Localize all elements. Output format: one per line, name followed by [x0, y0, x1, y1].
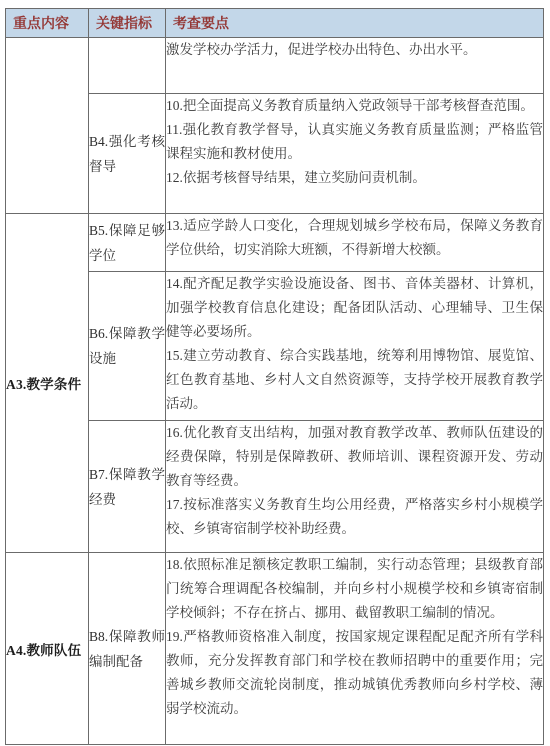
indicator-cell-b6: B6.保障教学设施 [89, 272, 166, 421]
assessment-table: 重点内容 关键指标 考查要点 激发学校办学活力，促进学校办出特色、办出水平。 B… [5, 8, 544, 745]
header-key-indicator: 关键指标 [89, 9, 166, 38]
header-examination-points: 考查要点 [166, 9, 544, 38]
header-key-content: 重点内容 [6, 9, 89, 38]
point-item: 19.严格教师资格准入制度，按国家规定课程配足配齐所有学科教师，充分发挥教育部门… [166, 625, 543, 721]
section-cell-empty [6, 38, 89, 214]
points-cell-b4: 10.把全面提高义务教育质量纳入党政领导干部考核督查范围。 11.强化教育教学督… [166, 94, 544, 214]
point-item: 17.按标准落实义务教育生均公用经费，严格落实乡村小规模学校、乡镇寄宿制学校补助… [166, 493, 543, 541]
point-item: 16.优化教育支出结构，加强对教育教学改革、教师队伍建设的经费保障，特别是保障教… [166, 421, 543, 493]
points-cell-b8: 18.依照标准足额核定教职工编制，实行动态管理；县级教育部门统筹合理调配各校编制… [166, 553, 544, 745]
document-page: 重点内容 关键指标 考查要点 激发学校办学活力，促进学校办出特色、办出水平。 B… [5, 8, 543, 745]
indicator-cell-b4: B4.强化考核督导 [89, 94, 166, 214]
points-cell-carryover: 激发学校办学活力，促进学校办出特色、办出水平。 [166, 38, 544, 94]
point-item: 18.依照标准足额核定教职工编制，实行动态管理；县级教育部门统筹合理调配各校编制… [166, 553, 543, 625]
point-item: 11.强化教育教学督导，认真实施义务教育质量监测；严格监管课程实施和教材使用。 [166, 118, 543, 166]
table-row-carryover: 激发学校办学活力，促进学校办出特色、办出水平。 [6, 38, 544, 94]
indicator-cell-empty [89, 38, 166, 94]
point-item: 13.适应学龄人口变化，合理规划城乡学校布局，保障义务教育学位供给，切实消除大班… [166, 214, 543, 262]
indicator-cell-b7: B7.保障教学经费 [89, 421, 166, 553]
points-cell-b6: 14.配齐配足教学实验设施设备、图书、音体美器材、计算机，加强学校教育信息化建设… [166, 272, 544, 421]
point-item: 15.建立劳动教育、综合实践基地，统筹利用博物馆、展览馆、红色教育基地、乡村人文… [166, 344, 543, 416]
points-cell-b7: 16.优化教育支出结构，加强对教育教学改革、教师队伍建设的经费保障，特别是保障教… [166, 421, 544, 553]
point-item: 12.依据考核督导结果，建立奖励问责机制。 [166, 166, 543, 190]
section-cell-a4: A4.教师队伍 [6, 553, 89, 745]
points-cell-b5: 13.适应学龄人口变化，合理规划城乡学校布局，保障义务教育学位供给，切实消除大班… [166, 214, 544, 272]
point-item: 10.把全面提高义务教育质量纳入党政领导干部考核督查范围。 [166, 94, 543, 118]
section-cell-a3: A3.教学条件 [6, 214, 89, 553]
table-row-b8: A4.教师队伍 B8.保障教师编制配备 18.依照标准足额核定教职工编制，实行动… [6, 553, 544, 745]
point-item: 14.配齐配足教学实验设施设备、图书、音体美器材、计算机，加强学校教育信息化建设… [166, 272, 543, 344]
table-header-row: 重点内容 关键指标 考查要点 [6, 9, 544, 38]
point-item: 激发学校办学活力，促进学校办出特色、办出水平。 [166, 38, 543, 62]
indicator-cell-b8: B8.保障教师编制配备 [89, 553, 166, 745]
indicator-cell-b5: B5.保障足够学位 [89, 214, 166, 272]
table-row-b5: A3.教学条件 B5.保障足够学位 13.适应学龄人口变化，合理规划城乡学校布局… [6, 214, 544, 272]
